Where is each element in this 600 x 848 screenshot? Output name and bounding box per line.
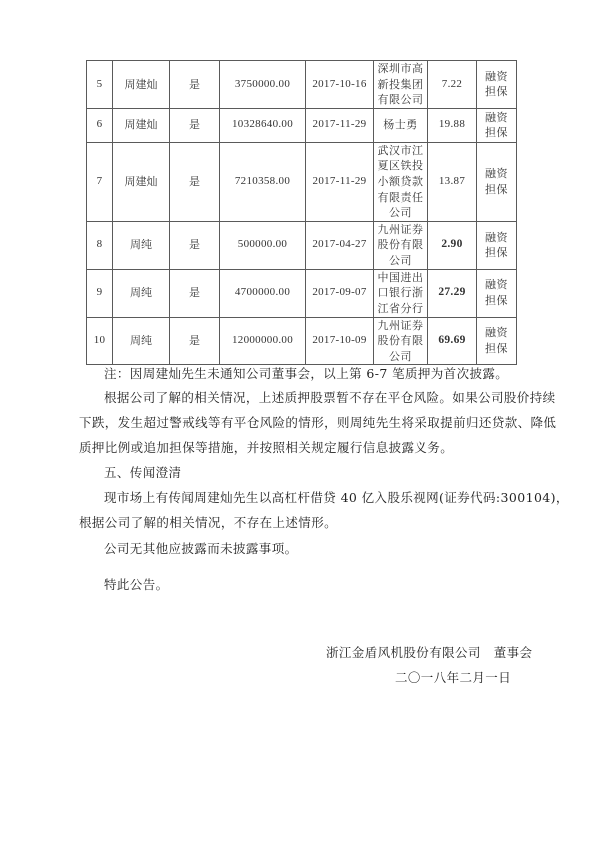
cell-ratio: 2.90	[428, 221, 477, 269]
cell-pledge-date: 2017-10-16	[306, 61, 374, 109]
table-row: 10周纯是12000000.002017-10-09九州证券股份有限公司69.6…	[87, 317, 517, 365]
cell-shareholder: 周建灿	[113, 108, 170, 142]
table-note: 注：因周建灿先生未通知公司董事会，以上第 6-7 笔质押为首次披露。	[104, 361, 508, 387]
cell-sequence-number: 6	[87, 108, 113, 142]
cell-ratio: 13.87	[428, 142, 477, 221]
cell-sequence-number: 10	[87, 317, 113, 365]
closing-statement: 特此公告。	[104, 572, 169, 598]
cell-shareholder: 周纯	[113, 221, 170, 269]
cell-pledgee: 九州证券股份有限公司	[374, 317, 428, 365]
cell-shareholder: 周纯	[113, 317, 170, 365]
table-row: 5周建灿是3750000.002017-10-16深圳市高新投集团有限公司7.2…	[87, 61, 517, 109]
cell-is-controlling: 是	[170, 221, 220, 269]
cell-purpose: 融资担保	[477, 269, 517, 317]
cell-sequence-number: 7	[87, 142, 113, 221]
table-row: 9周纯是4700000.002017-09-07中国进出口银行浙江省分行27.2…	[87, 269, 517, 317]
cell-is-controlling: 是	[170, 269, 220, 317]
cell-is-controlling: 是	[170, 108, 220, 142]
cell-pledged-shares: 500000.00	[220, 221, 306, 269]
cell-sequence-number: 8	[87, 221, 113, 269]
cell-is-controlling: 是	[170, 142, 220, 221]
cell-shareholder: 周建灿	[113, 142, 170, 221]
cell-ratio: 27.29	[428, 269, 477, 317]
cell-ratio: 69.69	[428, 317, 477, 365]
document-page: 5周建灿是3750000.002017-10-16深圳市高新投集团有限公司7.2…	[0, 0, 600, 848]
risk-paragraph-line-3: 质押比例或追加担保等措施，并按照相关规定履行信息披露义务。	[79, 435, 453, 461]
pledge-table: 5周建灿是3750000.002017-10-16深圳市高新投集团有限公司7.2…	[86, 60, 517, 365]
cell-is-controlling: 是	[170, 61, 220, 109]
rumor-paragraph-line-1: 现市场上有传闻周建灿先生以高杠杆借贷 40 亿入股乐视网(证券代码:300104…	[104, 485, 569, 511]
cell-purpose: 融资担保	[477, 108, 517, 142]
cell-pledgee: 武汉市江夏区铁投小额贷款有限责任公司	[374, 142, 428, 221]
table-row: 6周建灿是10328640.002017-11-29杨士勇19.88融资担保	[87, 108, 517, 142]
cell-sequence-number: 5	[87, 61, 113, 109]
cell-purpose: 融资担保	[477, 317, 517, 365]
cell-sequence-number: 9	[87, 269, 113, 317]
cell-pledged-shares: 10328640.00	[220, 108, 306, 142]
signature-company: 浙江金盾风机股份有限公司 董事会	[326, 640, 532, 666]
table-row: 8周纯是500000.002017-04-27九州证券股份有限公司2.90融资担…	[87, 221, 517, 269]
signature-date: 二〇一八年二月一日	[395, 665, 511, 691]
cell-pledged-shares: 3750000.00	[220, 61, 306, 109]
cell-pledge-date: 2017-10-09	[306, 317, 374, 365]
cell-pledge-date: 2017-04-27	[306, 221, 374, 269]
cell-pledge-date: 2017-09-07	[306, 269, 374, 317]
cell-pledge-date: 2017-11-29	[306, 108, 374, 142]
risk-paragraph-line-1: 根据公司了解的相关情况，上述质押股票暂不存在平仓风险。如果公司股价持续	[104, 385, 556, 411]
cell-is-controlling: 是	[170, 317, 220, 365]
cell-ratio: 19.88	[428, 108, 477, 142]
cell-purpose: 融资担保	[477, 142, 517, 221]
cell-pledged-shares: 4700000.00	[220, 269, 306, 317]
cell-shareholder: 周纯	[113, 269, 170, 317]
cell-purpose: 融资担保	[477, 61, 517, 109]
cell-pledged-shares: 7210358.00	[220, 142, 306, 221]
cell-pledgee: 中国进出口银行浙江省分行	[374, 269, 428, 317]
cell-pledge-date: 2017-11-29	[306, 142, 374, 221]
cell-purpose: 融资担保	[477, 221, 517, 269]
cell-pledged-shares: 12000000.00	[220, 317, 306, 365]
no-undisclosed-matters: 公司无其他应披露而未披露事项。	[104, 536, 298, 562]
risk-paragraph-line-2: 下跌，发生超过警戒线等有平仓风险的情形，则周纯先生将采取提前归还贷款、降低	[79, 410, 556, 436]
cell-pledgee: 九州证券股份有限公司	[374, 221, 428, 269]
cell-shareholder: 周建灿	[113, 61, 170, 109]
cell-pledgee: 杨士勇	[374, 108, 428, 142]
cell-ratio: 7.22	[428, 61, 477, 109]
section-five-heading: 五、传闻澄清	[104, 460, 181, 486]
cell-pledgee: 深圳市高新投集团有限公司	[374, 61, 428, 109]
table-row: 7周建灿是7210358.002017-11-29武汉市江夏区铁投小额贷款有限责…	[87, 142, 517, 221]
rumor-paragraph-line-2: 根据公司了解的相关情况，不存在上述情形。	[79, 510, 337, 536]
